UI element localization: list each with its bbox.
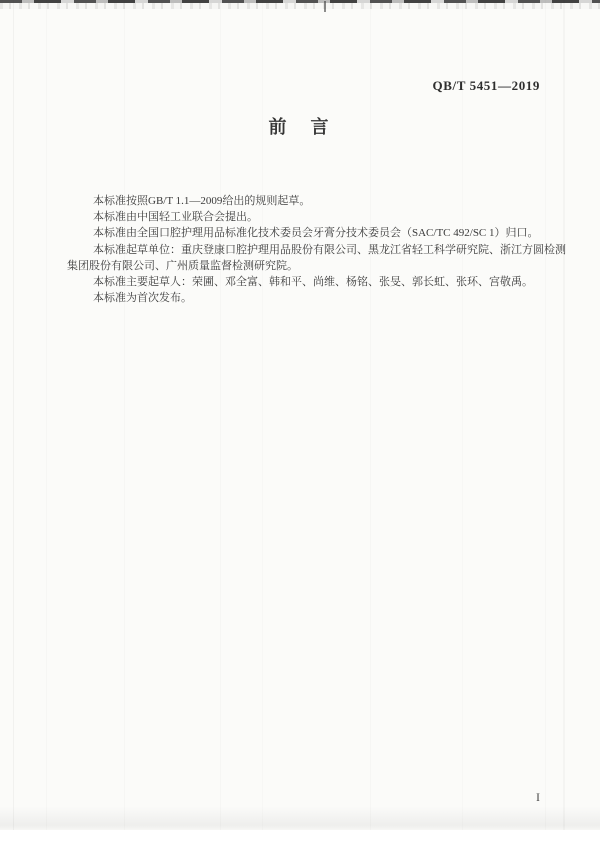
standard-number: QB/T 5451—2019 xyxy=(433,78,540,94)
scan-bottom-shadow xyxy=(0,806,600,830)
foreword-line: 集团股份有限公司、广州质量监督检测研究院。 xyxy=(67,258,555,274)
foreword-text-block: 本标准按照GB/T 1.1—2009给出的规则起草。 本标准由中国轻工业联合会提… xyxy=(67,193,555,306)
scan-tick-mark xyxy=(324,1,326,12)
foreword-line: 本标准由全国口腔护理用品标准化技术委员会牙膏分技术委员会（SAC/TC 492/… xyxy=(67,225,555,241)
scan-top-smudge xyxy=(0,3,600,9)
scanned-document-page: QB/T 5451—2019 前 言 本标准按照GB/T 1.1—2009给出的… xyxy=(0,0,600,849)
foreword-line: 本标准按照GB/T 1.1—2009给出的规则起草。 xyxy=(67,193,555,209)
foreword-line: 本标准由中国轻工业联合会提出。 xyxy=(67,209,555,225)
foreword-line: 本标准主要起草人：荣圃、邓全富、韩和平、尚维、杨铭、张旻、郭长虹、张环、宫敬禹。 xyxy=(67,274,555,290)
foreword-line: 本标准为首次发布。 xyxy=(67,290,555,306)
page-number: I xyxy=(536,790,540,805)
page-title: 前 言 xyxy=(0,113,600,139)
foreword-line: 本标准起草单位：重庆登康口腔护理用品股份有限公司、黑龙江省轻工科学研究院、浙江方… xyxy=(67,242,555,258)
